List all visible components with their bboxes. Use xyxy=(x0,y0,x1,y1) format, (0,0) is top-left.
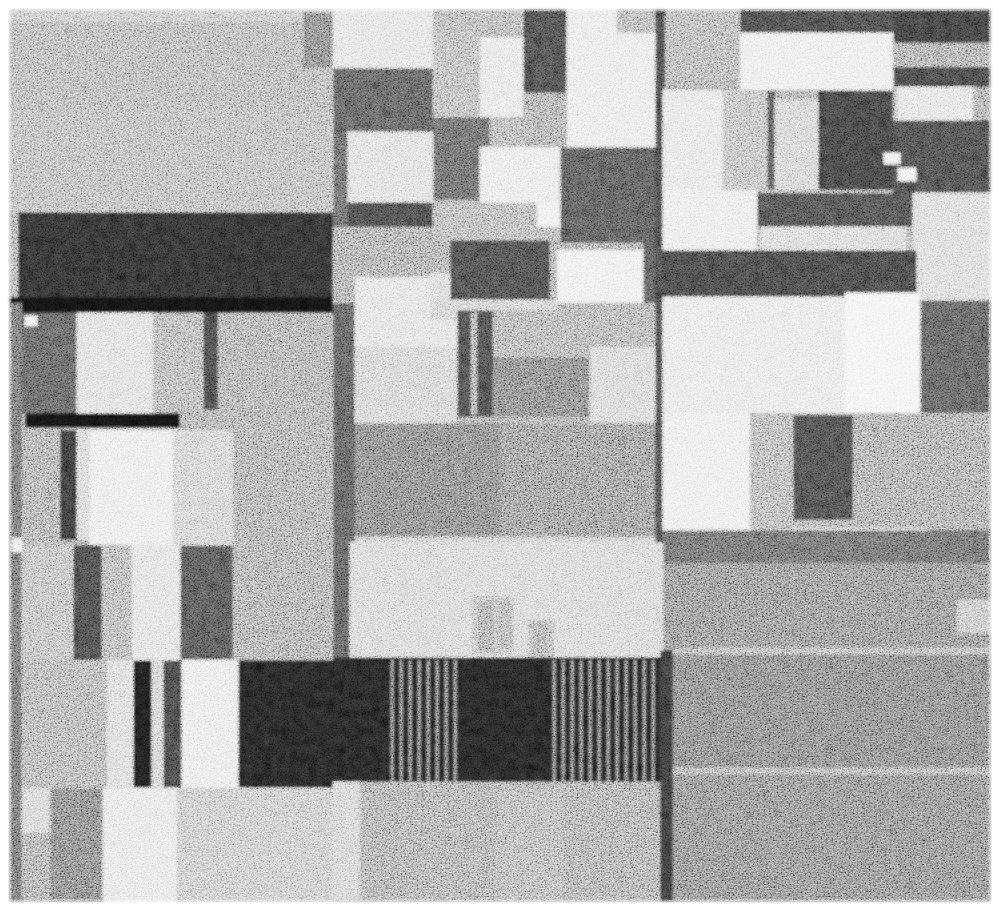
field-r4-brighter xyxy=(845,293,920,413)
field-cm-light-3 xyxy=(590,347,655,423)
field-lm3-dark2 xyxy=(180,545,233,660)
field-rt-vlight xyxy=(740,33,893,90)
field-lm3-mlight xyxy=(22,545,73,660)
field-topleft-lower xyxy=(10,110,340,212)
crop-rows-2 xyxy=(547,660,668,782)
field-lb-vlight xyxy=(103,788,177,901)
field-r2-mlight-col xyxy=(775,100,818,190)
field-ct-medium-1 xyxy=(333,227,443,277)
field-lm-dark-stripe xyxy=(203,313,218,410)
field-lb-dark xyxy=(50,788,103,901)
field-lm3-dark xyxy=(73,545,102,660)
field-ct-bright xyxy=(557,250,643,303)
boundary-line-rb1 xyxy=(673,648,990,654)
field-lm4-dark-stripe xyxy=(163,660,182,788)
field-lb-mlight xyxy=(177,788,333,901)
field-ct-medium-top xyxy=(433,10,523,33)
field-rt-light-patch xyxy=(897,87,973,120)
field-lm4-black-stripe xyxy=(133,660,152,788)
field-rt-medium-band xyxy=(893,43,990,67)
bright-speck-a xyxy=(537,203,560,227)
field-ct-dark-square xyxy=(560,147,655,243)
field-ct-light-5 xyxy=(480,147,567,203)
road-bottom-right xyxy=(660,650,673,901)
field-lm4-light-stripe xyxy=(107,660,133,788)
field-cm-stripe-gap xyxy=(471,312,477,415)
field-r4-light-big xyxy=(663,297,853,413)
field-ct-dark-rect xyxy=(523,10,567,93)
field-rt-medium xyxy=(668,10,740,80)
field-lm4-light-stripe2 xyxy=(152,660,163,788)
field-ct-dark-1 xyxy=(333,68,433,132)
field-ct-light-4 xyxy=(480,37,523,117)
boundary-line-rb2 xyxy=(673,768,990,774)
field-ct-dark-3 xyxy=(450,240,550,303)
field-r2-light-col xyxy=(663,90,723,190)
field-lm-dark-col xyxy=(22,313,77,413)
field-bc-light xyxy=(333,782,360,900)
field-cm-darker xyxy=(493,357,590,417)
field-r2-dark-sliver xyxy=(767,90,775,190)
field-ct-dark-band xyxy=(348,202,433,227)
field-r3-dark-band xyxy=(757,193,917,227)
field-lm2-light-big xyxy=(90,430,173,545)
edge-strip-left xyxy=(10,212,18,298)
band-rb-upper xyxy=(663,563,990,650)
bright-speck-b xyxy=(12,538,22,552)
field-r5-light-col xyxy=(663,413,750,530)
field-lm-light-col xyxy=(77,313,153,413)
field-mosaic xyxy=(10,10,990,901)
field-ct-medium-3 xyxy=(490,117,527,147)
structure-core-1 xyxy=(478,602,494,652)
field-r5-dark-patch xyxy=(793,415,853,520)
boundary-line-center xyxy=(355,537,655,542)
field-r2-medium-col xyxy=(723,90,767,190)
field-r3-vlight xyxy=(663,190,757,250)
band-black-left xyxy=(10,297,333,313)
field-dark-left xyxy=(18,212,333,298)
bright-speck-c xyxy=(25,316,37,326)
field-rt-dark-corner xyxy=(893,10,990,43)
structure-core-1b xyxy=(497,600,511,648)
crop-rows-1 xyxy=(388,660,460,782)
field-lm-medium-col xyxy=(153,313,203,410)
band-rb-lower xyxy=(673,774,990,901)
bright-speck-e xyxy=(898,168,916,181)
field-topleft-top-band xyxy=(10,10,340,22)
bar-black xyxy=(25,413,180,428)
field-ct-medium-corner xyxy=(617,10,655,33)
field-lm2-light-stripe xyxy=(77,430,90,540)
field-cm-big-dark-left xyxy=(355,423,500,540)
satellite-image xyxy=(0,0,1000,911)
field-bc-band xyxy=(497,790,563,901)
field-r2-dark-right xyxy=(893,120,990,193)
structure-core-2 xyxy=(533,624,547,654)
field-lm3-light xyxy=(132,545,180,660)
field-r4-dark-col xyxy=(920,300,990,413)
road-left-edge xyxy=(10,303,22,901)
field-r3-light-col xyxy=(913,193,990,303)
field-r5-medium-col xyxy=(750,413,793,530)
band-rb-dark xyxy=(663,530,990,563)
bright-speck-d xyxy=(884,153,900,164)
field-r2-dark-big xyxy=(818,90,893,190)
field-ct-light-2 xyxy=(348,132,433,202)
field-ct-light-1 xyxy=(333,10,433,68)
field-r5-medium xyxy=(853,413,990,530)
field-cm-light-2 xyxy=(355,347,457,423)
field-lm4-vlight xyxy=(182,660,238,788)
band-rb-middle xyxy=(673,654,990,768)
field-lm4-medium xyxy=(22,660,107,788)
field-r3-dark-big xyxy=(663,250,917,297)
field-rt-dark-band xyxy=(740,10,893,33)
field-lm2-dark-stripe xyxy=(60,430,77,540)
field-ct-dark-edge xyxy=(333,132,348,227)
field-lm2-mlight-col xyxy=(173,430,233,545)
field-topleft-upper xyxy=(10,22,340,110)
field-ct-medium-2 xyxy=(433,33,480,117)
field-rt-dark-band2 xyxy=(893,67,990,87)
corner-light-patch xyxy=(957,600,990,633)
field-lm4-vdark xyxy=(238,660,333,788)
field-lm3-medium xyxy=(102,545,132,660)
satellite-image-canvas xyxy=(0,0,1000,911)
field-r3-light-band xyxy=(760,227,907,253)
